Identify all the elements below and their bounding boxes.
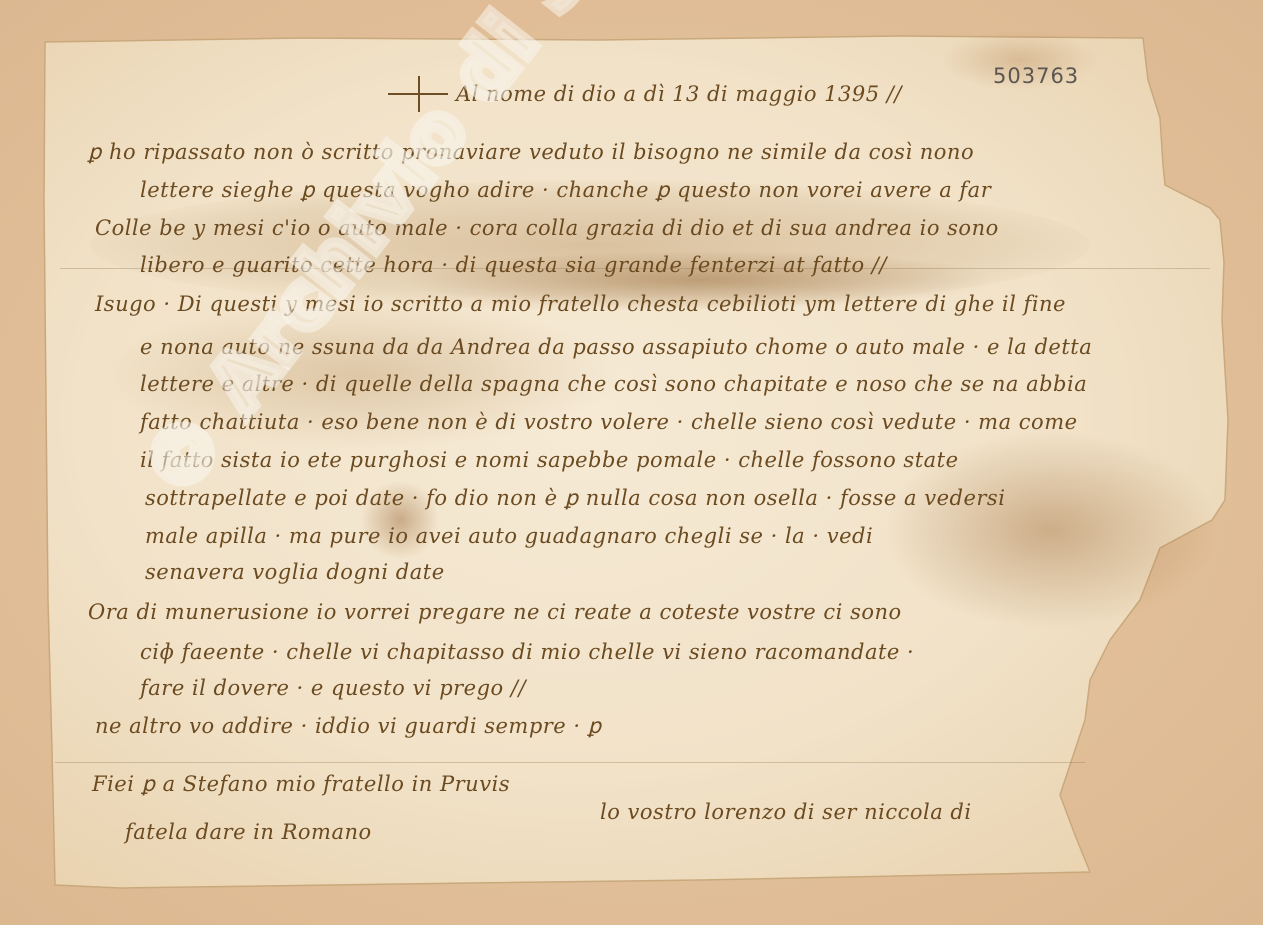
manuscript-line: Isugo · Di questi y mesi io scritto a mi… (95, 292, 1066, 316)
manuscript-line: il fatto sista io ete purghosi e nomi sa… (140, 448, 959, 472)
manuscript-line: lettere sieghe ꝑ questa vogho adire · ch… (140, 178, 991, 202)
cross-icon (388, 74, 448, 114)
manuscript-line: ciɸ faeente · chelle vi chapitasso di mi… (140, 640, 914, 664)
manuscript-line: male apilla · ma pure io avei auto guada… (145, 524, 873, 548)
manuscript-line: Ora di munerusione io vorrei pregare ne … (88, 600, 902, 624)
manuscript-line: fatto chattiuta · eso bene non è di vost… (140, 410, 1078, 434)
manuscript-line: lettere e altre · di quelle della spagna… (140, 372, 1087, 396)
manuscript-line: Colle be y mesi c'io o auto male · cora … (95, 216, 999, 240)
manuscript-line: sottrapellate e poi date · fo dio non è … (145, 486, 1005, 510)
manuscript-line: fare il dovere · e questo vi prego // (140, 676, 526, 700)
fold-line (55, 762, 1085, 763)
manuscript-line: libero e guarito cette hora · di questa … (140, 253, 887, 277)
signature-line: lo vostro lorenzo di ser niccola di (600, 800, 972, 824)
manuscript-line: ne altro vo addire · iddio vi guardi sem… (95, 714, 602, 738)
address-line: Fiei ꝑ a Stefano mio fratello in Pruvis (92, 772, 510, 796)
manuscript-line: ꝑ ho ripassato non ò scritto pronaviare … (88, 140, 974, 164)
address-line: fatela dare in Romano (125, 820, 372, 844)
manuscript-line: e nona auto ne ssuna da da Andrea da pas… (140, 335, 1092, 359)
letter-heading: Al nome di dio a dì 13 di maggio 1395 // (388, 74, 902, 114)
catalog-number: 503763 (993, 64, 1079, 88)
manuscript-line: senavera voglia dogni date (145, 560, 445, 584)
heading-text: Al nome di dio a dì 13 di maggio 1395 // (456, 82, 902, 106)
